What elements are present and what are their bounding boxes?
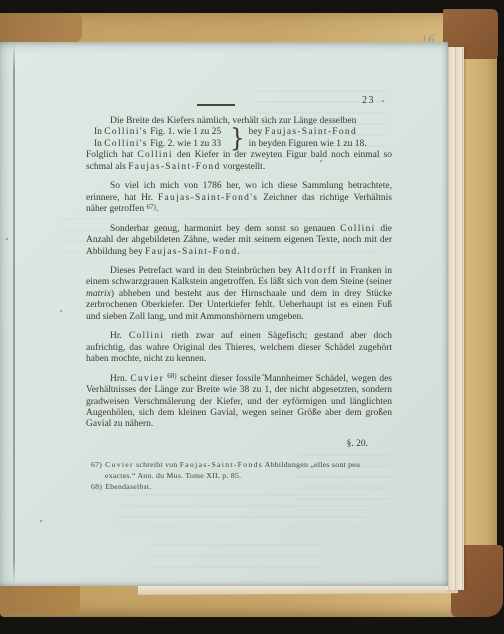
text-segment: Faujas-Saint-Fond	[145, 247, 237, 257]
dust-speck	[40, 520, 42, 522]
dust-speck	[6, 238, 8, 240]
ink-bleed-through	[115, 494, 367, 536]
text-segment: Cuvier	[105, 460, 134, 469]
text-segment: Collini	[129, 331, 165, 341]
comparison-row: in beyden Figuren wie 1 zu 18.	[249, 139, 392, 150]
paragraph: Dieses Petrefact ward in den Steinbrüche…	[86, 266, 392, 323]
section-mark: §. 20.	[86, 439, 392, 449]
paragraph: Hr. Collini rieth zwar auf einen Sägefis…	[86, 331, 392, 365]
text-segment: .	[156, 204, 158, 214]
text-segment: Ebendaselbst.	[105, 482, 151, 491]
text-segment: Collini	[340, 224, 376, 234]
gutter-crease-line	[13, 42, 15, 586]
footnotes: 67)Cuvier schreibt von Faujas-Saint-Fond…	[91, 459, 373, 493]
text-segment: Hrn.	[110, 374, 130, 384]
paragraph: So viel ich mich von 1786 her, wo ich di…	[86, 181, 392, 215]
footnote-68: 68)Ebendaselbst.	[91, 481, 373, 492]
paragraphs: So viel ich mich von 1786 her, wo ich di…	[86, 181, 392, 431]
text-segment: bey	[249, 127, 265, 137]
text-segment: vorgestellt.	[221, 162, 266, 172]
comparison-row: In Collini's Fig. 1. wie 1 zu 25	[94, 127, 230, 138]
cover-patch-bottom-left	[0, 583, 80, 614]
text-segment: Faujas-Saint-Fond	[128, 162, 220, 172]
text-segment: In	[94, 139, 104, 149]
book-page: 23 Die Breite des Kiefers nämlich, verhä…	[0, 42, 448, 586]
text-segment: matrix	[86, 289, 111, 299]
ink-bleed-through	[150, 544, 322, 570]
dust-speck	[60, 310, 62, 312]
text-segment: Folglich hat	[86, 150, 137, 160]
text-segment: Faujas-Saint-Fond's	[158, 193, 258, 203]
gutter-shadow	[0, 42, 14, 586]
paragraph-1-continuation: Folglich hat Collini den Kiefer in der z…	[86, 150, 392, 173]
footnote-number: 67)	[91, 460, 105, 469]
text-segment: ) abheben und besteht aus der Hirnschaal…	[86, 289, 392, 322]
text-segment: Collini's	[104, 139, 148, 149]
text-segment: 67)	[147, 203, 156, 211]
comparison-row: In Collini's Fig. 2. wie 1 zu 33	[94, 139, 230, 150]
text-segment: Fig. 2. wie 1 zu 33	[148, 139, 221, 149]
comparison-left-column: In Collini's Fig. 1. wie 1 zu 25 In Coll…	[94, 127, 230, 150]
footnote-text: Ebendaselbst.	[105, 482, 151, 491]
brace-glyph: }	[230, 127, 245, 151]
text-segment: Collini	[137, 150, 173, 160]
text-segment: Faujas-Saint-Fond	[265, 127, 357, 137]
text-segment: Hr.	[110, 331, 129, 341]
text-segment: Dieses Petrefact ward in den Steinbrüche…	[110, 266, 295, 276]
text-segment: In	[94, 127, 104, 137]
page-header: 23	[86, 95, 392, 116]
text-segment: schreibt von	[134, 460, 180, 469]
paragraph: Sonderbar genug, harmonirt bey dem sonst…	[86, 224, 392, 258]
page-number: 23	[362, 95, 375, 106]
ratio-comparison-layout: In Collini's Fig. 1. wie 1 zu 25 In Coll…	[86, 127, 392, 150]
text-segment: Collini's	[104, 127, 148, 137]
cover-patch-top-left	[0, 13, 82, 43]
text-segment: Altdorff	[295, 266, 336, 276]
text-segment: in beyden Figuren wie 1 zu 18.	[249, 139, 367, 149]
text-segment: 68)	[167, 372, 176, 380]
text-segment: .	[237, 247, 239, 257]
text-segment: Fig. 1. wie 1 zu 25	[148, 127, 221, 137]
text-segment: Sonderbar genug, harmonirt bey dem sonst…	[110, 224, 340, 234]
paragraph-1: Die Breite des Kiefers nämlich, verhält …	[86, 116, 392, 173]
paragraph: Hrn. Cuvier 68) scheint dieser fossile M…	[86, 374, 392, 431]
header-rule	[197, 104, 235, 106]
comparison-row: bey Faujas-Saint-Fond	[249, 127, 392, 138]
comparison-right-column: bey Faujas-Saint-Fond in beyden Figuren …	[249, 127, 392, 150]
footnote-text: Cuvier schreibt von Faujas-Saint-Fonds A…	[105, 460, 360, 480]
photo-background: 16 23 Die Breite des Kiefers nämlich, ve…	[0, 0, 504, 634]
text-block: 23 Die Breite des Kiefers nämlich, verhä…	[86, 95, 392, 493]
text-segment: Faujas-Saint-Fonds	[180, 460, 263, 469]
footnote-67: 67)Cuvier schreibt von Faujas-Saint-Fond…	[91, 459, 373, 482]
footnote-number: 68)	[91, 482, 105, 491]
text-segment: Cuvier	[130, 374, 164, 384]
